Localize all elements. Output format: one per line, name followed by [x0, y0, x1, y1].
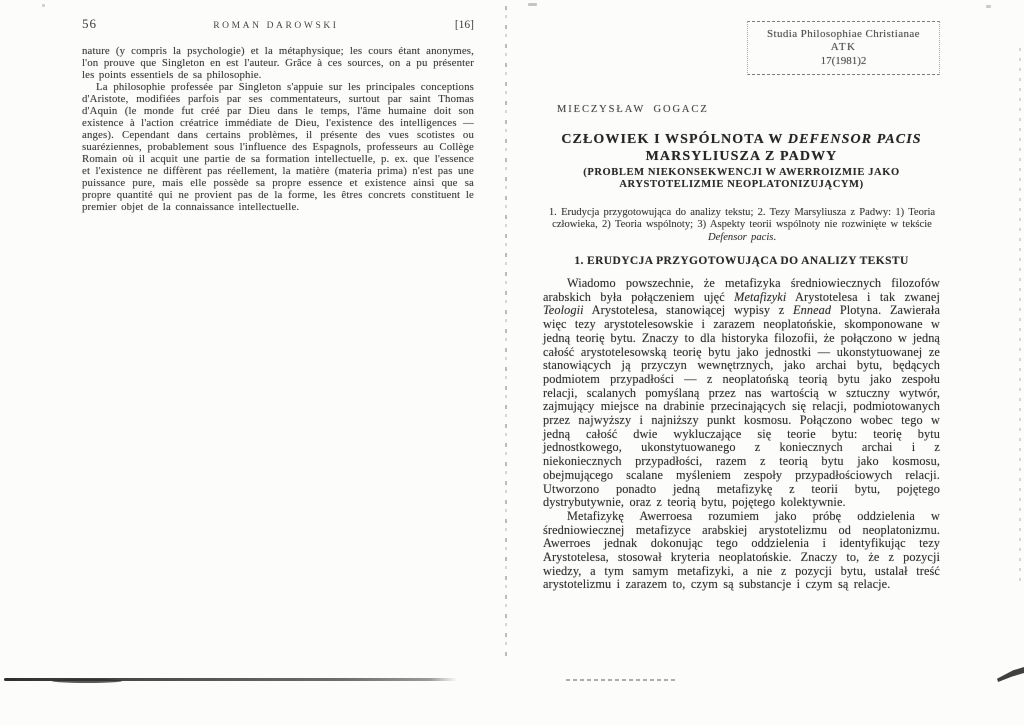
running-header: ROMAN DAROWSKI [213, 21, 338, 31]
article-title-line1: CZŁOWIEK I WSPÓLNOTA W DEFENSOR PACIS [543, 131, 940, 148]
paragraph: nature (y compris la psychologie) et la … [82, 45, 474, 81]
article-title: CZŁOWIEK I WSPÓLNOTA W DEFENSOR PACIS MA… [543, 131, 940, 165]
section-heading: 1. ERUDYCJA PRZYGOTOWUJĄCA DO ANALIZY TE… [543, 255, 940, 267]
paragraph: La philosophie professée par Singleton s… [82, 81, 474, 213]
scan-artifact-corner-smudge [997, 667, 1024, 682]
left-page-text: nature (y compris la psychologie) et la … [82, 45, 474, 213]
scanned-journal-spread: 56 ROMAN DAROWSKI [16] nature (y compris… [0, 0, 1024, 725]
scan-speck [42, 4, 45, 7]
scan-speck [986, 5, 991, 8]
article-subtitle: (PROBLEM NIEKONSEKWENCJI W AWERROIZMIE J… [543, 167, 940, 191]
article-subtitle-line1: (PROBLEM NIEKONSEKWENCJI W AWERROIZMIE J… [543, 167, 940, 179]
scan-edge-dotted-line [1019, 48, 1021, 583]
article-title-line2: MARSYLIUSZA Z PADWY [543, 148, 940, 165]
right-page-text: Wiadomo powszechnie, że metafizyka średn… [543, 277, 940, 592]
article-subtitle-line2: ARYSTOTELIZMIE NEOPLATONIZUJĄCYM) [543, 179, 940, 191]
scan-artifact-bottom-center-line [566, 679, 678, 681]
left-page-header: 56 ROMAN DAROWSKI [16] [82, 16, 474, 32]
page-number: 56 [82, 16, 97, 32]
library-stamp: Studia Philosophiae Christianae ATK 17(1… [747, 21, 940, 75]
scan-artifact-ink-blob [52, 679, 122, 683]
reference-mark: [16] [455, 19, 474, 31]
author-name: MIECZYSŁAW GOGACZ [557, 104, 709, 115]
stamp-journal-name: Studia Philosophiae Christianae [748, 28, 939, 41]
article-outline: 1. Erudycja przygotowująca do analizy te… [545, 207, 939, 244]
paragraph: Metafizykę Awerroesa rozumiem jako próbę… [543, 510, 940, 592]
paragraph: Wiadomo powszechnie, że metafizyka średn… [543, 277, 940, 510]
stamp-institution: ATK [748, 41, 939, 55]
scan-speck [528, 3, 537, 6]
page-fold-line [505, 6, 507, 658]
stamp-volume: 17(1981)2 [748, 55, 939, 69]
